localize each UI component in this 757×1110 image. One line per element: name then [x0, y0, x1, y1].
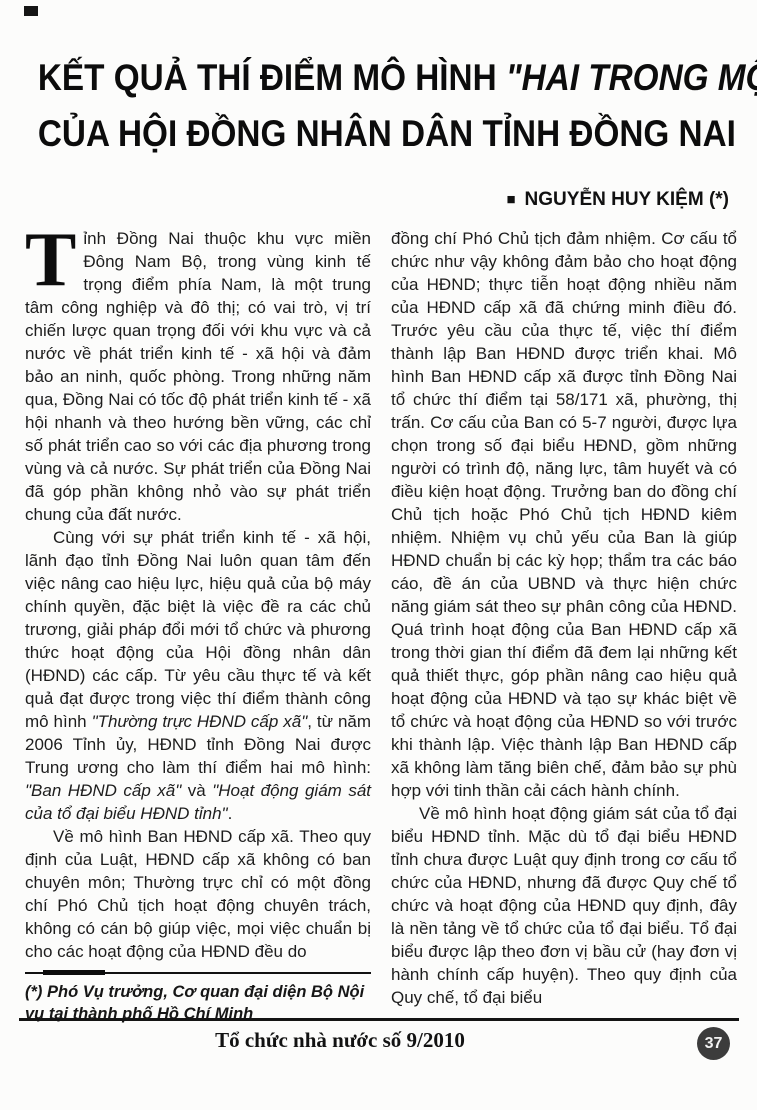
page-number-badge: 37	[697, 1027, 730, 1060]
text-run: "Ban HĐND cấp xã"	[25, 781, 181, 800]
paragraph: Cùng với sự phát triển kinh tế - xã hội,…	[25, 526, 371, 825]
text-run: "Thường trực HĐND cấp xã"	[92, 712, 308, 731]
left-column-paragraphs: Tỉnh Đồng Nai thuộc khu vực miền Đông Na…	[25, 227, 371, 963]
author-byline: ■NGUYỄN HUY KIỆM (*)	[0, 189, 757, 211]
page-number: 37	[705, 1035, 723, 1053]
title-line-1: KẾT QUẢ THÍ ĐIỂM MÔ HÌNH "HAI TRONG MỘT"	[38, 50, 719, 106]
footnote-text: (*) Phó Vụ trưởng, Cơ quan đại diện Bộ N…	[25, 983, 364, 1023]
paragraph: đồng chí Phó Chủ tịch đảm nhiệm. Cơ cấu …	[391, 227, 737, 802]
drop-cap: T	[25, 231, 76, 288]
article-body: Tỉnh Đồng Nai thuộc khu vực miền Đông Na…	[0, 211, 757, 1025]
right-column: đồng chí Phó Chủ tịch đảm nhiệm. Cơ cấu …	[391, 227, 737, 1025]
paragraph: Tỉnh Đồng Nai thuộc khu vực miền Đông Na…	[25, 227, 371, 526]
text-run: "HAI TRONG MỘT"	[506, 57, 757, 98]
page-footer: Tổ chức nhà nước số 9/2010 37	[0, 1018, 757, 1088]
author-bullet-icon: ■	[506, 191, 515, 208]
text-run: Về mô hình Ban HĐND cấp xã. Theo quy địn…	[25, 827, 371, 961]
footer-divider	[19, 1018, 739, 1021]
article-title: KẾT QUẢ THÍ ĐIỂM MÔ HÌNH "HAI TRONG MỘT"…	[0, 0, 757, 161]
text-run: đồng chí Phó Chủ tịch đảm nhiệm. Cơ cấu …	[391, 229, 737, 800]
text-run: Về mô hình hoạt động giám sát của tổ đại…	[391, 804, 737, 1007]
author-name: NGUYỄN HUY KIỆM (*)	[525, 189, 729, 210]
paragraph: Về mô hình Ban HĐND cấp xã. Theo quy địn…	[25, 825, 371, 963]
text-run: ỉnh Đồng Nai thuộc khu vực miền Đông Nam…	[25, 229, 371, 524]
journal-title: Tổ chức nhà nước số 9/2010	[140, 1028, 540, 1053]
scan-artifact-mark	[24, 6, 38, 16]
text-run: và	[181, 781, 212, 800]
left-column: Tỉnh Đồng Nai thuộc khu vực miền Đông Na…	[25, 227, 371, 1025]
title-line-2: CỦA HỘI ĐỒNG NHÂN DÂN TỈNH ĐỒNG NAI	[38, 106, 719, 162]
text-run: Cùng với sự phát triển kinh tế - xã hội,…	[25, 528, 371, 731]
text-run: KẾT QUẢ THÍ ĐIỂM MÔ HÌNH	[38, 57, 506, 98]
paragraph: Về mô hình hoạt động giám sát của tổ đại…	[391, 802, 737, 1009]
document-page: KẾT QUẢ THÍ ĐIỂM MÔ HÌNH "HAI TRONG MỘT"…	[0, 0, 757, 1110]
text-run: .	[228, 804, 233, 823]
